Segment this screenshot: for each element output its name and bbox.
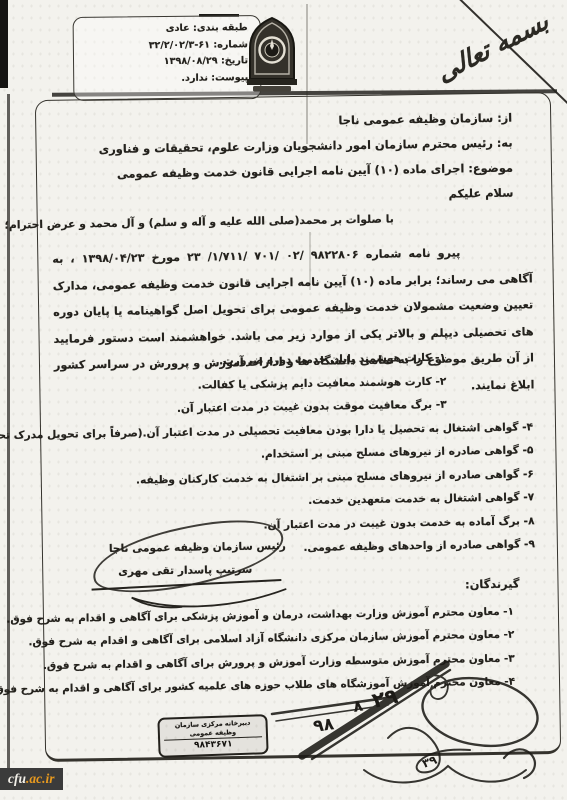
number-value: ۶۱-۳۲/۲/۰۲/۳ — [149, 39, 210, 51]
subject-value: اجرای ماده (۱۰) آیین نامه اجرایی قانون خ… — [117, 161, 465, 180]
date-value: ۱۳۹۸/۰۸/۲۹ — [164, 55, 218, 67]
secretariat-stamp: دبیرخانه مرکزی سازمان وظیفه عمومی ۹۸۴۳۶۷… — [157, 714, 268, 758]
bismillah-calligraphy: بسمه تعالی — [430, 3, 555, 90]
classification-row: طبقه بندی: عادی — [86, 20, 248, 38]
items-list: ۱- کارت هوشمند پایان خدمت دوره ضرورت. ۲-… — [50, 345, 535, 564]
to-label: به: — [497, 136, 513, 150]
attachment-value: ندارد. — [181, 72, 208, 83]
number-row: شماره: ۶۱-۳۲/۲/۰۲/۳ — [86, 37, 248, 55]
classification-value: عادی — [166, 23, 190, 34]
letter-frame: از: سازمان وظیفه عمومی ناجا به: رئیس محت… — [35, 92, 561, 762]
to-value: رئیس محترم سازمان امور دانشجویان وزارت ع… — [99, 136, 493, 156]
from-label: از: — [497, 111, 512, 125]
watermark-prefix: cfu — [8, 771, 26, 786]
salawat-line: با صلوات بر محمد(صلی الله علیه و آله و س… — [4, 212, 393, 231]
classification-box: طبقه بندی: عادی شماره: ۶۱-۳۲/۲/۰۲/۳ تاری… — [73, 15, 262, 101]
subject-label: موضوع: — [468, 161, 513, 176]
recipients-list: ۱- معاون محترم آموزش وزارت بهداشت، درمان… — [54, 601, 515, 702]
greeting-line: سلام علیکم — [448, 181, 513, 208]
recipients-label: گیرندگان: — [465, 572, 520, 598]
site-watermark: cfu.ac.ir — [0, 768, 63, 790]
naja-emblem-icon — [240, 15, 304, 95]
from-line: از: سازمان وظیفه عمومی ناجا — [338, 106, 512, 134]
stamp-number: ۹۸۴۳۶۷۱ — [164, 736, 262, 753]
date-row: تاریخ: ۱۳۹۸/۰۸/۲۹ — [86, 53, 248, 71]
scan-edge-bar — [0, 0, 8, 88]
signatory-name: سرتیپ پاسدار تقی مهری — [95, 563, 275, 578]
scanned-letter-page: بسمه تعالی طبقه بندی: عادی شماره: ۶۱-۳۲/… — [0, 0, 567, 800]
attachment-row: پیوست: ندارد. — [86, 70, 248, 88]
watermark-suffix: .ac.ir — [26, 771, 55, 786]
from-value: سازمان وظیفه عمومی ناجا — [338, 111, 493, 127]
